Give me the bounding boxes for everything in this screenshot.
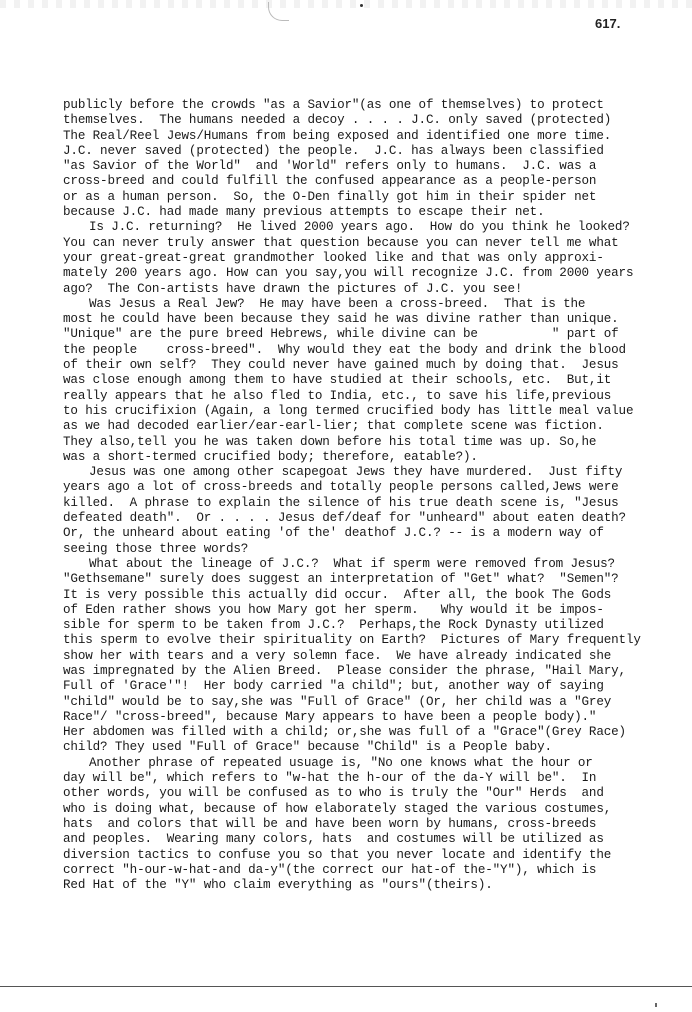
page-number: 617. (595, 16, 620, 31)
text-line: cross-breed and could fulfill the confus… (63, 174, 663, 189)
scan-artifact-mark (655, 1003, 657, 1007)
text-line: this sperm to evolve their spirituality … (63, 633, 663, 648)
text-line: Is J.C. returning? He lived 2000 years a… (63, 220, 663, 235)
text-line: Another phrase of repeated usuage is, "N… (63, 756, 663, 771)
text-line: diversion tactics to confuse you so that… (63, 848, 663, 863)
text-line: J.C. never saved (protected) the people.… (63, 144, 663, 159)
text-line: to his crucifixion (Again, a long termed… (63, 404, 663, 419)
text-line: Race"/ "cross-breed", because Mary appea… (63, 710, 663, 725)
text-line: other words, you will be confused as to … (63, 786, 663, 801)
text-line: What about the lineage of J.C.? What if … (63, 557, 663, 572)
text-line: "Gethsemane" surely does suggest an inte… (63, 572, 663, 587)
scan-artifact-top (0, 0, 692, 8)
text-line: It is very possible this actually did oc… (63, 588, 663, 603)
body-text: publicly before the crowds "as a Savior"… (63, 98, 663, 893)
text-line: You can never truly answer that question… (63, 236, 663, 251)
text-line: correct "h-our-w-hat-and da-y"(the corre… (63, 863, 663, 878)
text-line: Her abdomen was filled with a child; or,… (63, 725, 663, 740)
text-line: day will be", which refers to "w-hat the… (63, 771, 663, 786)
text-line: show her with tears and a very solemn fa… (63, 649, 663, 664)
text-line: themselves. The humans needed a decoy . … (63, 113, 663, 128)
text-line: child? They used "Full of Grace" because… (63, 740, 663, 755)
scan-artifact-curve (268, 2, 289, 21)
text-line: They also,tell you he was taken down bef… (63, 435, 663, 450)
text-line: Or, the unheard about eating 'of the' de… (63, 526, 663, 541)
text-line: was impregnated by the Alien Breed. Plea… (63, 664, 663, 679)
text-line: hats and colors that will be and have be… (63, 817, 663, 832)
text-line: or as a human person. So, the O-Den fina… (63, 190, 663, 205)
text-line: the people cross-breed". Why would they … (63, 343, 663, 358)
text-line: was close enough among them to have stud… (63, 373, 663, 388)
text-line: ago? The Con-artists have drawn the pict… (63, 282, 663, 297)
text-line: because J.C. had made many previous atte… (63, 205, 663, 220)
text-line: years ago a lot of cross-breeds and tota… (63, 480, 663, 495)
text-line: most he could have been because they sai… (63, 312, 663, 327)
text-line: sible for sperm to be taken from J.C.? P… (63, 618, 663, 633)
text-line: of Eden rather shows you how Mary got he… (63, 603, 663, 618)
text-line: publicly before the crowds "as a Savior"… (63, 98, 663, 113)
text-line: defeated death". Or . . . . Jesus def/de… (63, 511, 663, 526)
text-line: "child" would be to say,she was "Full of… (63, 695, 663, 710)
text-line: who is doing what, because of how elabor… (63, 802, 663, 817)
text-line: killed. A phrase to explain the silence … (63, 496, 663, 511)
text-line: "Unique" are the pure breed Hebrews, whi… (63, 327, 663, 342)
bottom-rule-divider (0, 986, 692, 987)
text-line: Red Hat of the "Y" who claim everything … (63, 878, 663, 893)
text-line: "as Savior of the World" and 'World" ref… (63, 159, 663, 174)
text-line: seeing those three words? (63, 542, 663, 557)
text-line: mately 200 years ago. How can you say,yo… (63, 266, 663, 281)
text-line: your great-great-great grandmother looke… (63, 251, 663, 266)
text-line: really appears that he also fled to Indi… (63, 389, 663, 404)
text-line: Full of 'Grace'"! Her body carried "a ch… (63, 679, 663, 694)
scan-artifact-dot (360, 4, 363, 7)
text-line: and peoples. Wearing many colors, hats a… (63, 832, 663, 847)
text-line: Jesus was one among other scapegoat Jews… (63, 465, 663, 480)
text-line: was a short-termed crucified body; there… (63, 450, 663, 465)
text-line: as we had decoded earlier/ear-earl-lier;… (63, 419, 663, 434)
text-line: of their own self? They could never have… (63, 358, 663, 373)
text-line: Was Jesus a Real Jew? He may have been a… (63, 297, 663, 312)
text-line: The Real/Reel Jews/Humans from being exp… (63, 129, 663, 144)
